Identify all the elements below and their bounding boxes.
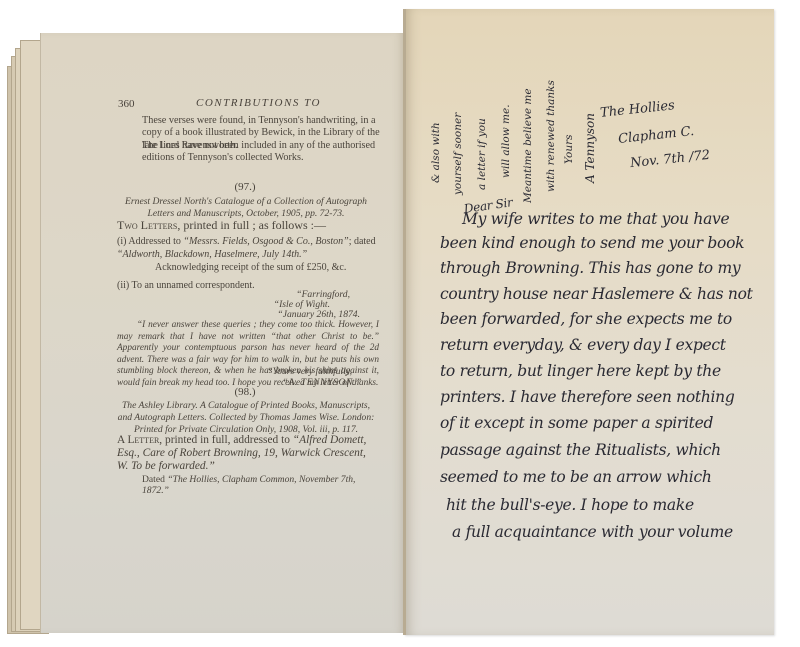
margin-note-line: with renewed thanks — [545, 42, 557, 192]
letter-body-line: through Browning. This has gone to my — [440, 259, 740, 277]
letter-body-line: a full acquaintance with your volume — [452, 523, 733, 541]
margin-note-line: a letter if you — [476, 60, 488, 190]
letter-body-line: seemed to me to be an arrow which — [440, 468, 712, 486]
dated-place: “Aldworth, Blackdown, Haselmere, July 14… — [117, 249, 307, 260]
margin-note-line: Meantime believe me — [522, 53, 534, 203]
entry-number-97: (97.) — [100, 181, 390, 193]
margin-note-signature: A Tennyson — [583, 103, 597, 183]
item-note: Acknowledging receipt of the sum of £250… — [155, 262, 346, 273]
entry-letter: A Letter, printed in full, addressed to … — [117, 434, 379, 474]
letter-body-line: return everyday, & every day I expect — [440, 336, 726, 354]
entry-number-98: (98.) — [100, 386, 390, 398]
page-number: 360 — [118, 98, 135, 110]
heading-rest: , printed in full ; as follows :— — [177, 218, 326, 232]
letter-mid: , printed in full, addressed to — [159, 434, 293, 446]
addressee: “Messrs. Fields, Osgood & Co., Boston” — [183, 236, 348, 247]
dated-line: Dated “The Hollies, Clapham Common, Nove… — [142, 474, 382, 496]
open-book: 360 CONTRIBUTIONS TO These verses were f… — [0, 0, 800, 647]
letter-body-line: been kind enough to send me your book — [440, 234, 744, 252]
margin-note-closing: Yours — [563, 104, 575, 164]
running-head: CONTRIBUTIONS TO — [196, 97, 321, 109]
item-mid: ; dated — [349, 236, 376, 247]
entry-heading: Two Letters, printed in full ; as follow… — [117, 218, 326, 233]
book-gutter — [403, 9, 406, 635]
letter-body-line: My wife writes to me that you have — [462, 210, 729, 228]
letter-closing: “Yours very faithfully, — [200, 366, 352, 377]
address-line: “January 26th, 1874. — [200, 309, 360, 320]
margin-note-line: & also with — [430, 63, 442, 183]
letter-caps: A Letter — [117, 434, 159, 446]
letter-item-1: (i) Addressed to “Messrs. Fields, Osgood… — [117, 236, 379, 261]
letter-body-line: hit the bull's-eye. I hope to make — [446, 496, 694, 514]
heading-caps: Two Letters — [117, 218, 177, 232]
dated-value: “The Hollies, Clapham Common, November 7… — [142, 474, 355, 496]
letter-body-line: to return, but linger here kept by the — [440, 362, 721, 380]
letter-body-line: been forwarded, for she expects me to — [440, 310, 732, 328]
entry-citation: The Ashley Library. A Catalogue of Print… — [115, 400, 377, 435]
entry-citation: Ernest Dressel North's Catalogue of a Co… — [115, 196, 377, 220]
letter-body-line: passage against the Ritualists, which — [440, 441, 721, 459]
margin-note-line: will allow me. — [500, 48, 512, 178]
letter-body-line: country house near Haslemere & has not — [440, 285, 753, 303]
dated-prefix: Dated — [142, 474, 167, 485]
letter-body-line: printers. I have therefore seen nothing — [440, 388, 734, 406]
letter-body-line: of it except in some paper a spirited — [440, 414, 713, 432]
margin-note-line: yourself sooner — [452, 65, 464, 195]
intro-paragraph: The lines have not been included in any … — [142, 140, 390, 165]
item-prefix: (i) Addressed to — [117, 236, 183, 247]
